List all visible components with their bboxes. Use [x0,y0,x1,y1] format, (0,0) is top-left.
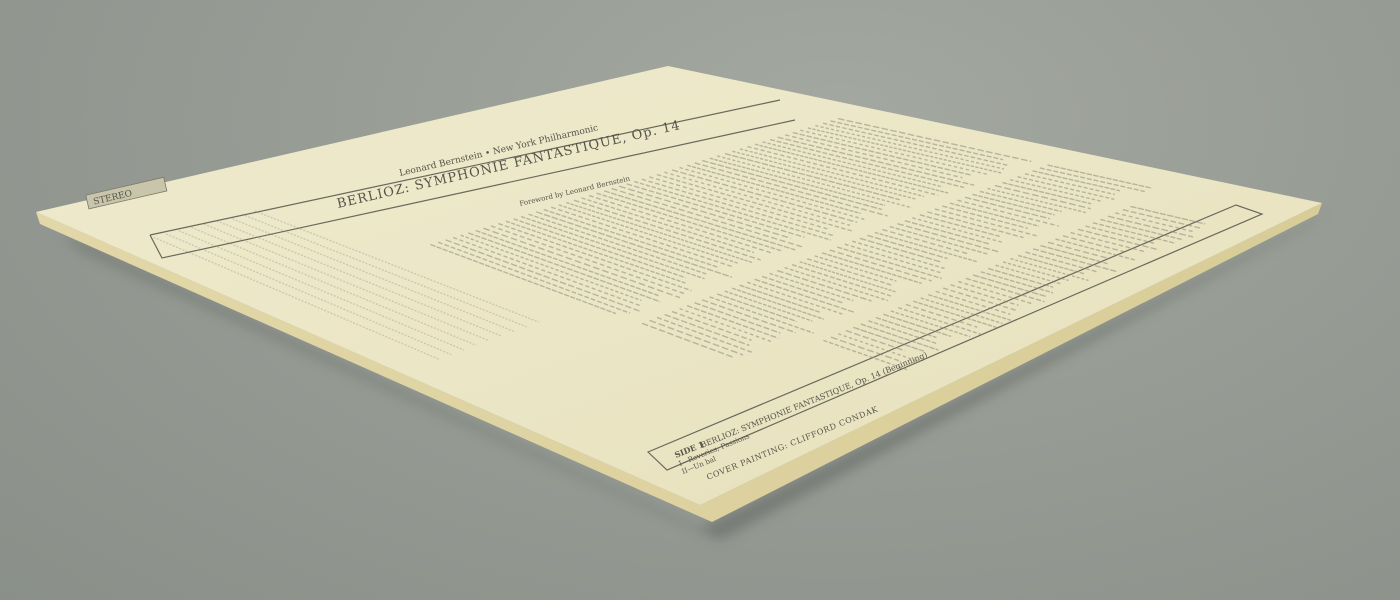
album-sleeve-illustration: STEREO Leonard Bernstein • New York Phil… [0,0,1400,600]
photo-scene: STEREO Leonard Bernstein • New York Phil… [0,0,1400,600]
